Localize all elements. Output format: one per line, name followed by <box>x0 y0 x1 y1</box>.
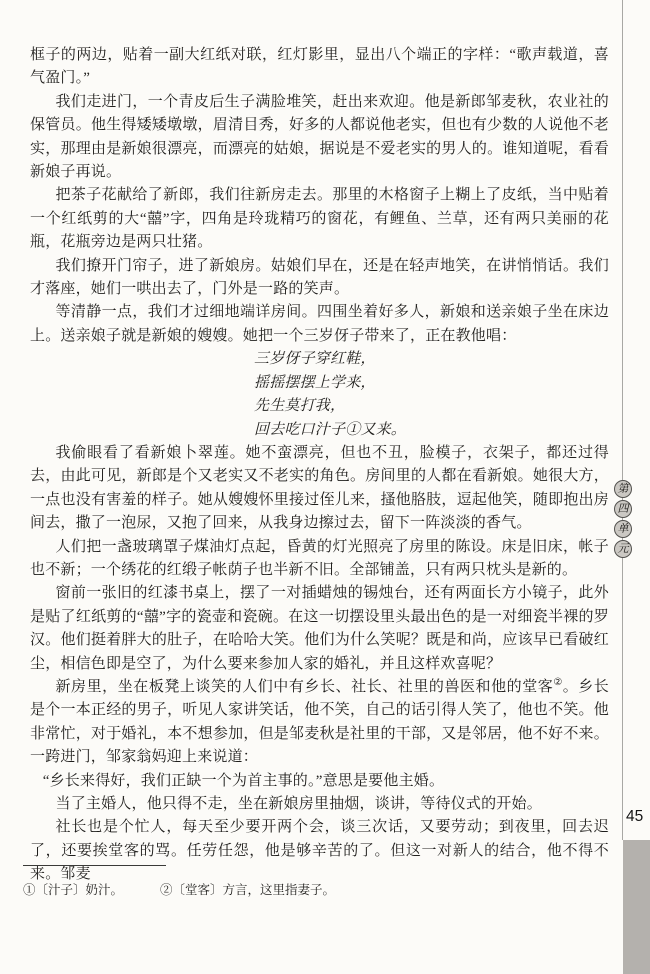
unit-tab-character: 元 <box>614 540 632 558</box>
paragraph: 我们撩开门帘子，进了新娘房。姑娘们早在，还是在轻声地笑，在讲悄悄话。我们才落座，… <box>30 255 609 302</box>
page-number: 45 <box>626 808 643 826</box>
paragraph: 把茶子花献给了新郎，我们往新房走去。那里的木格窗子上糊上了皮纸，当中贴着一个红纸… <box>30 184 609 254</box>
footnote-item: ①〔汁子〕奶汁。 <box>23 881 123 899</box>
paragraph-text: 新房里，坐在板凳上谈笑的人们中有乡长、社长、社里的兽医和他的堂客 <box>56 679 554 695</box>
paragraph: “乡长来得好，我们正缺一个为首主事的。”意思是要他主婚。 <box>30 770 609 793</box>
poem-line: 先生莫打我， <box>254 395 609 418</box>
paragraph: 等清静一点，我们才过细地端详房间。四围坐着好多人，新娘和送亲娘子坐在床边上。送亲… <box>30 301 609 348</box>
page-edge-shading <box>623 840 650 974</box>
footnote-item: ②〔堂客〕方言，这里指妻子。 <box>160 881 335 899</box>
footnotes: ①〔汁子〕奶汁。 ②〔堂客〕方言，这里指妻子。 <box>23 881 583 899</box>
unit-tab: 第 四 单 元 <box>614 480 632 558</box>
paragraph: 新房里，坐在板凳上谈笑的人们中有乡长、社长、社里的兽医和他的堂客②。乡长是个一本… <box>30 676 609 770</box>
footnote-divider <box>23 865 166 866</box>
body-text: 框子的两边，贴着一副大红纸对联，红灯影里，显出八个端正的字样：“歌声载道，喜气盈… <box>30 44 609 887</box>
paragraph: 当了主婚人，他只得不走，坐在新娘房里抽烟，谈讲，等待仪式的开始。 <box>30 793 609 816</box>
unit-tab-character: 第 <box>614 480 632 498</box>
footnote-marker: ② <box>553 677 562 688</box>
poem-line: 三岁伢子穿红鞋， <box>254 348 609 371</box>
paragraph: 人们把一盏玻璃罩子煤油灯点起，昏黄的灯光照亮了房里的陈设。床是旧床，帐子也不新；… <box>30 536 609 583</box>
poem-line: 回去吃口汁子①又来。 <box>254 419 609 442</box>
page-edge-line <box>622 0 623 840</box>
paragraph: 我偷眼看了看新娘卜翠莲。她不蛮漂亮，但也不丑，脸模子，衣架子，都还过得去，由此可… <box>30 442 609 536</box>
unit-tab-character: 四 <box>614 500 632 518</box>
paragraph: 我们走进门，一个青皮后生子满脸堆笑，赶出来欢迎。他是新郎邹麦秋，农业社的保管员。… <box>30 91 609 185</box>
folk-song-quote: 三岁伢子穿红鞋， 摇摇摆摆上学来， 先生莫打我， 回去吃口汁子①又来。 <box>254 348 609 442</box>
book-page: 框子的两边，贴着一副大红纸对联，红灯影里，显出八个端正的字样：“歌声载道，喜气盈… <box>0 0 650 974</box>
paragraph: 社长也是个忙人，每天至少要开两个会，谈三次话，又要劳动；到夜里，回去迟了，还要挨… <box>30 816 609 886</box>
poem-line: 摇摇摆摆上学来， <box>254 372 609 395</box>
paragraph: 窗前一张旧的红漆书桌上，摆了一对插蜡烛的锡烛台，还有两面长方小镜子，此外是贴了红… <box>30 582 609 676</box>
paragraph: 框子的两边，贴着一副大红纸对联，红灯影里，显出八个端正的字样：“歌声载道，喜气盈… <box>30 44 609 91</box>
unit-tab-character: 单 <box>614 520 632 538</box>
